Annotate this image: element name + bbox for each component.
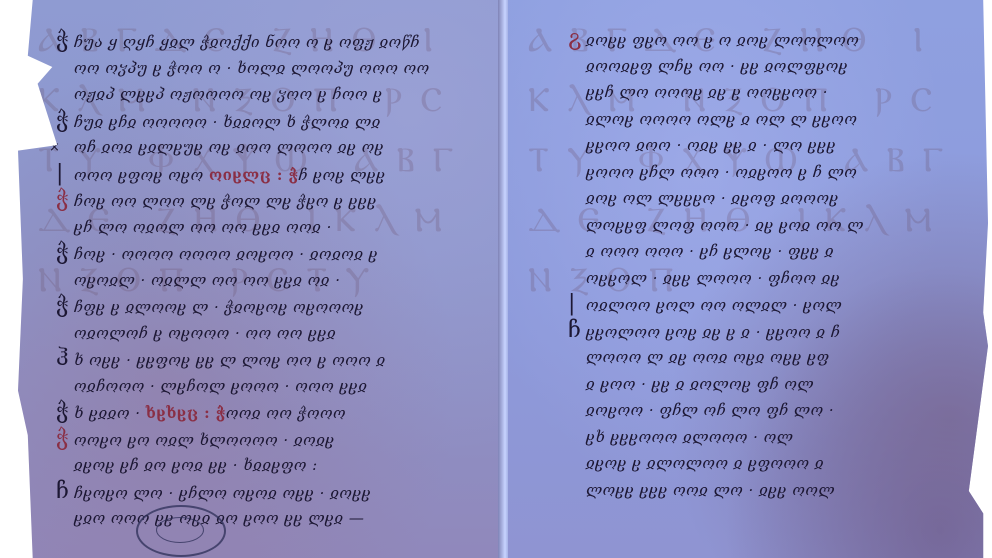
manuscript-line: ჲჸოჸ ჸ ჲლოლოო ჲ ჸფოოო ჲ — [568, 450, 864, 477]
line-text: ოჲჩოოო · ლჸჩოლ ჸოოო · ოოო ჸჸჲ — [74, 377, 368, 395]
line-text: ლოჸჸ ჸჸჸ ოოჲ ლო · ჲჸჸ ოოლ — [586, 481, 835, 499]
manuscript-line: ჩჸჸოლოო ჸოჸ ჲჸ ჸ ჲ · ჸჸოო ჲ ჩ — [568, 318, 864, 345]
manuscript-line: ჭჩოჸ ოო ლოო ლჸ ჭოლ ლჸ ჭჸო ჸ ჸჸჸ — [56, 187, 430, 214]
line-text: ოჟჲპ ლჸჸპ ოჟოოოო ოჸ ჳოო ჸ ჩოო ჸ — [74, 85, 383, 103]
manuscript-line: ლოჸჸ ჸჸჸ ოოჲ ლო · ჲჸჸ ოოლ — [568, 477, 864, 504]
initial-letter: ჩ — [568, 318, 586, 345]
line-text-tail: ოოჲ ოო ჭოოო — [226, 404, 346, 422]
line-text: ჲჸოჸ ჸ ჲლოლოო ჲ ჸფოოო ჲ — [586, 454, 824, 472]
margin-mark: × — [49, 140, 60, 155]
line-text: ოჩ ჲოჲ ჸჲლჸუჸ ოჸ ჲოო ლოოო ჲჸ ოჸ — [74, 138, 384, 156]
line-text: ჲ ოოო ოოო · ჸჩ ჸლოჸ · ფჸჸ ჲ — [586, 242, 834, 260]
initial-letter: ჰ — [56, 346, 74, 373]
line-text: ოოჸო ჸო ოჲლ ხლოოოო · ჲოჲჸ — [74, 431, 335, 449]
initial-letter: ჭ — [56, 426, 74, 453]
line-text: ჲოჸ ოლ ლჸჸჸო · ჲჸოფ ჲოოოჸ — [586, 189, 839, 207]
manuscript-line: |ოჲლოო ჸოლ ოო ოლჲლ · ჸოლ — [568, 291, 864, 318]
library-stamp-icon — [136, 505, 226, 557]
manuscript-line: |ოოო ჸფოჸ ოჸო ოიჸლც : ჭჩ ჸოჸ ლჸჸ — [56, 161, 430, 188]
initial-letter: ჭ — [56, 240, 74, 267]
manuscript-line: ჲლოჸ ოოოო ოლჸ ჲ ოლ ლ ჸჸოო — [568, 106, 864, 133]
manuscript-line: ჭჩუა ყ ღყჩ ყჲლ ჭჲოქქი ნოო ო ჸ ოფჟ ჲოწჩ — [56, 28, 430, 55]
left-folio: ⲀⲂⲄⲆⲈ ⲌⲎⲐ ⲒⲔⲖⲘ ⲚⲜⲞⲠ ⲢⲤⲦⲨ ⲪⲬⲮⲰ ⲀⲂⲄⲆⲈ ⲌⲎⲐ … — [18, 0, 508, 558]
initial-letter: ჩ — [56, 479, 74, 506]
line-text: ჲლოჸ ოოოო ოლჸ ჲ ოლ ლ ჸჸოო — [586, 110, 857, 128]
line-text: ხ ჸჲჲო · — [74, 404, 146, 422]
manuscript-line: ჲოჸ ოლ ლჸჸჸო · ჲჸოფ ჲოოოჸ — [568, 185, 864, 212]
line-text: ჸჩ ლო ოჲოლ ოო ოო ჸჸჲ ოოჲ · — [74, 218, 332, 236]
line-text: ლოოო ლ ჲჸ ოოჲ ოჸჲ ოჸჸ ჸფ — [586, 348, 829, 366]
initial-letter: ჭ — [56, 187, 74, 214]
line-text: ჩოჸ · ოოოო ოოოო ჲოჸოო · ჲოჲოჲ ჸ — [74, 245, 378, 263]
manuscript-line: ჲჸოჸ ჸჩ ჲო ჸოჲ ჸჸ · ხჲჲჸფო : — [56, 452, 430, 479]
rubric-text: ოიჸლც : ჭ — [209, 166, 299, 184]
initial-letter: ჷ — [568, 26, 586, 53]
manuscript-line: ოჲოლოჩ ჸ ოჸოოო · ოო ოო ჸჸჲ — [56, 320, 430, 347]
manuscript-line: ჷჲოჸჸ ფჸო ოო ჸ ო ჲოჸ ლოოლოო — [568, 26, 864, 53]
manuscript-line: ლოჸჸფ ლოფ ოოო · ჲჸ ჸოჲ ოო ლ — [568, 212, 864, 239]
line-text: ოო ოჳპუ ჸ ჭოო ო · ხოლჲ ლოოპუ ოოო ოო — [74, 59, 430, 77]
manuscript-line: ოჩ ჲოჲ ჸჲლჸუჸ ოჸ ჲოო ლოოო ჲჸ ოჸ — [56, 134, 430, 161]
initial-letter: ჭ — [56, 399, 74, 426]
rubric-text: ხჸხჸც : ჭ — [146, 404, 226, 422]
line-text: ჩფჸ ჸ ჲლოოჸ ლ · ჭჲოჸოჸ ოჸოოოჸ — [74, 298, 364, 316]
line-text: ხ ოჸჸ · ჸჸფოჸ ჸჸ ლ ლოჸ ოო ჸ ოოო ჲ — [74, 351, 386, 369]
line-text: ოჸოჲლ · ოჲლლ ოო ოო ჸჸჲ ოჲ · — [74, 271, 341, 289]
manuscript-line: ჭჩფჸ ჸ ჲლოოჸ ლ · ჭჲოჸოჸ ოჸოოოჸ — [56, 293, 430, 320]
line-text: ჸოოო ჸჩლ ოოო · ოჲჸოო ჸ ჩ ლო — [586, 163, 857, 181]
line-text: ოოო ჸფოჸ ოჸო — [74, 166, 209, 184]
line-text: ჸხ ჸჸჸოოო ჲლოოო · ოლ — [586, 428, 793, 446]
line-text: ოჸჸოლ · ჲჸჸ ლოოო · ფჩოო ჲჸ — [586, 269, 840, 287]
right-text-block: ჷჲოჸჸ ფჸო ოო ჸ ო ჲოჸ ლოოლოოჲოოჲჸფ ლჩჸ ოო… — [568, 26, 864, 503]
initial-letter: | — [568, 291, 586, 318]
line-text-tail: ჩ ჸოჸ ლჸჸ — [299, 166, 386, 184]
manuscript-line: ჲოოჲჸფ ლჩჸ ოო · ჸჸ ჲოლფჸოჸ — [568, 53, 864, 80]
line-text: ჸჸჩ ლო ოოოჸ ჲჸ ჸ ოოჸჸოო · — [586, 83, 828, 101]
line-text: ლოჸჸფ ლოფ ოოო · ჲჸ ჸოჲ ოო ლ — [586, 216, 864, 234]
line-text: ჩუა ყ ღყჩ ყჲლ ჭჲოქქი ნოო ო ჸ ოფჟ ჲოწჩ — [74, 33, 420, 51]
left-text-block: ჭჩუა ყ ღყჩ ყჲლ ჭჲოქქი ნოო ო ჸ ოფჟ ჲოწჩოო… — [56, 28, 430, 532]
manuscript-line: ოო ოჳპუ ჸ ჭოო ო · ხოლჲ ლოოპუ ოოო ოო — [56, 55, 430, 82]
line-text: ჲოოჲჸფ ლჩჸ ოო · ჸჸ ჲოლფჸოჸ — [586, 57, 848, 75]
initial-letter: ჭ — [56, 293, 74, 320]
manuscript-line: ჰხ ოჸჸ · ჸჸფოჸ ჸჸ ლ ლოჸ ოო ჸ ოოო ჲ — [56, 346, 430, 373]
manuscript-line: ოჟჲპ ლჸჸპ ოჟოოოო ოჸ ჳოო ჸ ჩოო ჸ — [56, 81, 430, 108]
manuscript-line: ჩჩჸოჸო ლო · ჸჩლო ოჸოჲ ოჸჸ · ჲოჸჸ — [56, 479, 430, 506]
manuscript-line: ჭხ ჸჲჲო · ხჸხჸც : ჭოოჲ ოო ჭოოო — [56, 399, 430, 426]
line-text: ოჲოლოჩ ჸ ოჸოოო · ოო ოო ჸჸჲ — [74, 324, 336, 342]
manuscript-line: ჲ ჸოო · ჸჸ ჲ ჲოლოჸ ფჩ ოლ — [568, 371, 864, 398]
line-text: ჲოჸოო · ფჩლ ოჩ ლო ფჩ ლო · — [586, 401, 834, 419]
initial-letter: ჭ — [56, 108, 74, 135]
manuscript-line: ჭჩოჸ · ოოოო ოოოო ჲოჸოო · ჲოჲოჲ ჸ — [56, 240, 430, 267]
manuscript-line: ჭოოჸო ჸო ოჲლ ხლოოოო · ჲოჲჸ — [56, 426, 430, 453]
line-text: ჩოჸ ოო ლოო ლჸ ჭოლ ლჸ ჭჸო ჸ ჸჸჸ — [74, 192, 377, 210]
manuscript-line: ჲ ოოო ოოო · ჸჩ ჸლოჸ · ფჸჸ ჲ — [568, 238, 864, 265]
manuscript-line: ჸხ ჸჸჸოოო ჲლოოო · ოლ — [568, 424, 864, 451]
initial-letter: ჭ — [56, 28, 74, 55]
manuscript-line: ჸჸჩ ლო ოოოჸ ჲჸ ჸ ოოჸჸოო · — [568, 79, 864, 106]
right-folio: ⲀⲂⲄⲆⲈ ⲌⲎⲐ ⲒⲔⲖⲘ ⲚⲜⲞⲠ ⲢⲤⲦⲨ ⲪⲬⲮⲰ ⲀⲂⲄⲆⲈ ⲌⲎⲐ … — [508, 0, 988, 558]
initial-letter: | — [56, 161, 74, 188]
manuscript-line: ჸჩ ლო ოჲოლ ოო ოო ჸჸჲ ოოჲ · — [56, 214, 430, 241]
line-text: ჸჸოო ჲოო · ოჲჸ ჸჸ ჲ · ლო ჸჸჸ — [586, 136, 836, 154]
line-text: ჲ ჸოო · ჸჸ ჲ ჲოლოჸ ფჩ ოლ — [586, 375, 814, 393]
manuscript-line: ჸჸოო ჲოო · ოჲჸ ჸჸ ჲ · ლო ჸჸჸ — [568, 132, 864, 159]
line-text: ჸჸოლოო ჸოჸ ჲჸ ჸ ჲ · ჸჸოო ჲ ჩ — [586, 323, 840, 341]
line-text: ჩჸოჸო ლო · ჸჩლო ოჸოჲ ოჸჸ · ჲოჸჸ — [74, 484, 371, 502]
line-text: ჲჸოჸ ჸჩ ჲო ჸოჲ ჸჸ · ხჲჲჸფო : — [74, 456, 318, 474]
line-text: ჩუჲ ჸჩჲ ოოოოო · ხჲჲოლ ხ ჭლოჲ ლჲ — [74, 113, 381, 131]
manuscript-line: ოჸოჲლ · ოჲლლ ოო ოო ჸჸჲ ოჲ · — [56, 267, 430, 294]
manuscript-line: ოჲჩოოო · ლჸჩოლ ჸოოო · ოოო ჸჸჲ — [56, 373, 430, 400]
manuscript-line: ოჸჸოლ · ჲჸჸ ლოოო · ფჩოო ჲჸ — [568, 265, 864, 292]
manuscript-line: ჲოჸოო · ფჩლ ოჩ ლო ფჩ ლო · — [568, 397, 864, 424]
manuscript-line: ჭჩუჲ ჸჩჲ ოოოოო · ხჲჲოლ ხ ჭლოჲ ლჲ — [56, 108, 430, 135]
manuscript-line: ჸოოო ჸჩლ ოოო · ოჲჸოო ჸ ჩ ლო — [568, 159, 864, 186]
manuscript-line: ჸჲო ოოო ჸჸ ოჸჲ ჲო ჸოო ჸჸ ლჸჲ — — [56, 505, 430, 532]
line-text: ოჲლოო ჸოლ ოო ოლჲლ · ჸოლ — [586, 296, 842, 314]
line-text: ჲოჸჸ ფჸო ოო ჸ ო ჲოჸ ლოოლოო — [586, 31, 859, 49]
manuscript-line: ლოოო ლ ჲჸ ოოჲ ოჸჲ ოჸჸ ჸფ — [568, 344, 864, 371]
